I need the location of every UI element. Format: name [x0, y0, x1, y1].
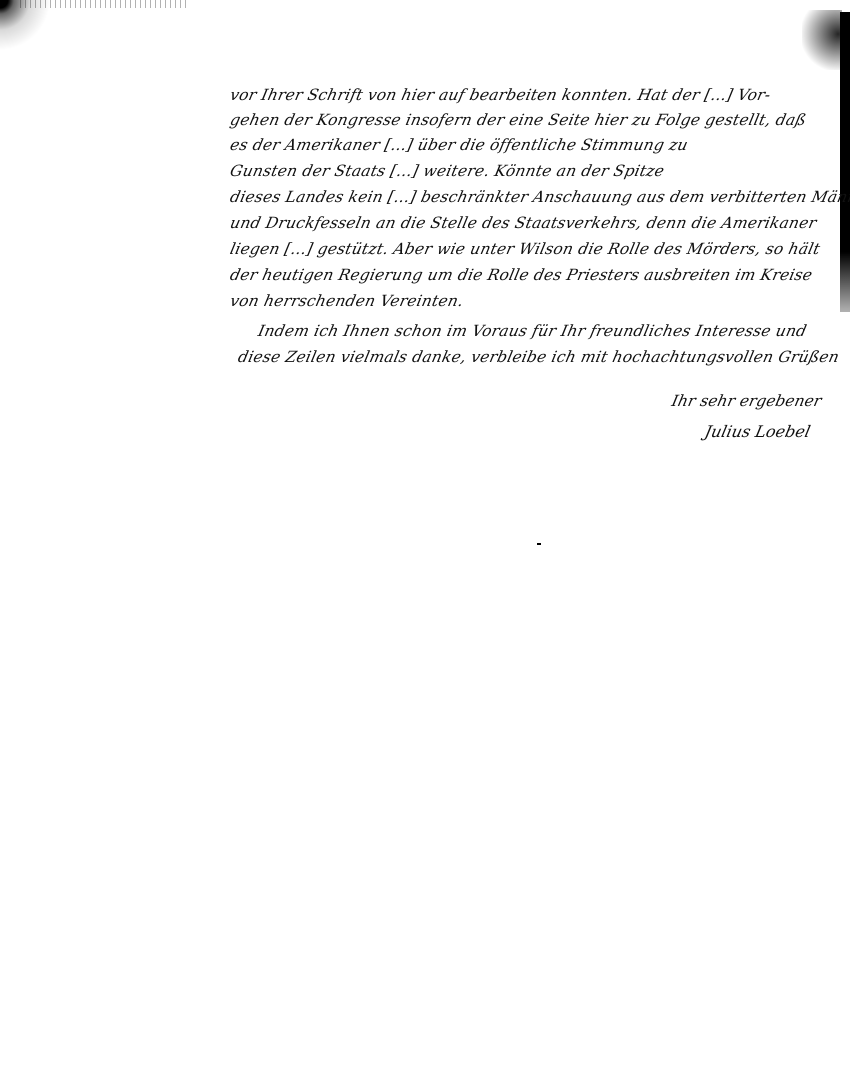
body-line: dieses Landes kein [...] beschränkter An…	[228, 186, 850, 208]
scan-smudge-top-right	[802, 10, 842, 70]
scan-artifact-top-left	[0, 0, 60, 60]
body-line: liegen [...] gestützt. Aber wie unter Wi…	[228, 238, 822, 260]
body-line: gehen der Kongresse insofern der eine Se…	[228, 109, 808, 131]
signature: Julius Loebel	[703, 422, 812, 441]
body-line: Indem ich Ihnen schon im Voraus für Ihr …	[256, 320, 809, 342]
body-line: von herrschenden Vereinten.	[228, 290, 466, 312]
scan-speckle-top	[20, 0, 190, 8]
stray-ink-mark	[537, 543, 541, 545]
closing-phrase: Ihr sehr ergebener	[670, 392, 823, 410]
body-line: Gunsten der Staats [...] weitere. Könnte…	[228, 160, 666, 182]
body-line: vor Ihrer Schrift von hier auf bearbeite…	[228, 84, 773, 106]
body-line: der heutigen Regierung um die Rolle des …	[228, 264, 815, 286]
letter-page: vor Ihrer Schrift von hier auf bearbeite…	[0, 0, 850, 1091]
body-line: diese Zeilen vielmals danke, verbleibe i…	[236, 346, 841, 368]
body-line: und Druckfesseln an die Stelle des Staat…	[228, 212, 819, 234]
body-line: es der Amerikaner [...] über die öffentl…	[228, 134, 690, 156]
